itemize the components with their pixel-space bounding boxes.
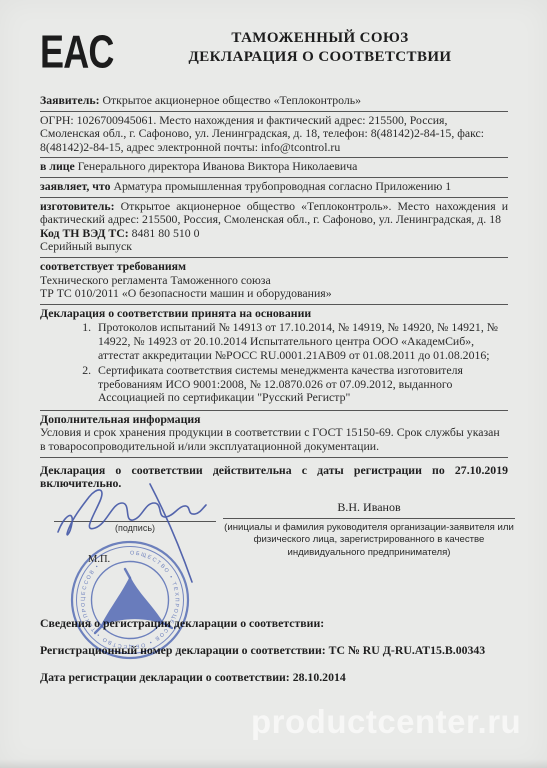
head-name-block: В.Н. Иванов (инициалы и фамилия руководи… bbox=[223, 500, 515, 560]
complies-label: соответствует требованиям bbox=[40, 259, 186, 273]
declares-label: заявляет, что bbox=[40, 179, 110, 193]
basis-list: Протоколов испытаний № 14913 от 17.10.20… bbox=[40, 321, 508, 405]
eac-logo-text: EAC bbox=[40, 28, 114, 74]
serial-release-text: Серийный выпуск bbox=[40, 240, 508, 254]
additional-info-label: Дополнительная информация bbox=[40, 412, 201, 426]
applicant-text: Открытое акционерное общество «Теплоконт… bbox=[102, 93, 361, 107]
applicant-row: Заявитель: Открытое акционерное общество… bbox=[40, 92, 508, 112]
registration-date-value: 28.10.2014 bbox=[293, 670, 346, 684]
registration-date-label: Дата регистрации декларации о соответств… bbox=[40, 670, 290, 684]
in-person-row: в лице Генерального директора Иванова Ви… bbox=[40, 158, 508, 178]
registration-number-value: ТС № RU Д-RU.АТ15.В.00343 bbox=[329, 643, 486, 657]
watermark-text: productcenter.ru bbox=[251, 703, 521, 741]
in-person-text: Генерального директора Иванова Виктора Н… bbox=[78, 159, 358, 173]
ogrn-address-row: ОГРН: 1026700945061. Место нахождения и … bbox=[40, 112, 508, 159]
declares-text: Арматура промышленная трубопроводная сог… bbox=[113, 179, 451, 193]
additional-info-text: Условия и срок хранения продукции в соот… bbox=[40, 426, 508, 453]
complies-row: соответствует требованиям Технического р… bbox=[40, 258, 508, 305]
basis-item: Сертификата соответствия системы менеджм… bbox=[94, 364, 508, 405]
stamp-mp-label: М.П. bbox=[88, 554, 110, 565]
declares-row: заявляет, что Арматура промышленная труб… bbox=[40, 178, 508, 198]
tnved-value: 8481 80 510 0 bbox=[132, 226, 200, 240]
tnved-label: Код ТН ВЭД ТС: bbox=[40, 226, 129, 240]
additional-info-row: Дополнительная информация Условия и срок… bbox=[40, 411, 508, 458]
head-name-caption: (инициалы и фамилия руководителя организ… bbox=[223, 522, 515, 560]
title-line-2: ДЕКЛАРАЦИЯ О СООТВЕТСТВИИ bbox=[132, 48, 508, 67]
title-line-1: ТАМОЖЕННЫЙ СОЮЗ bbox=[132, 29, 508, 48]
document-body: EAC ТАМОЖЕННЫЙ СОЮЗ ДЕКЛАРАЦИЯ О СООТВЕТ… bbox=[0, 0, 547, 685]
signature-area: (подпись) ОБЩЕСТВО • ТЕХПРОЦЕССОВ • ОБЩЕ… bbox=[40, 494, 508, 612]
basis-label: Декларация о соответствии принята на осн… bbox=[40, 306, 311, 320]
round-stamp: ОБЩЕСТВО • ТЕХПРОЦЕССОВ • ОБЩЕСТВО • ТЕХ… bbox=[68, 538, 192, 662]
complies-regulation-code: ТР ТС 010/2011 «О безопасности машин и о… bbox=[40, 287, 508, 301]
basis-item: Протоколов испытаний № 14913 от 17.10.20… bbox=[94, 321, 508, 362]
eac-logo: EAC bbox=[40, 25, 132, 77]
applicant-label: Заявитель: bbox=[40, 93, 100, 107]
registration-date-line: Дата регистрации декларации о соответств… bbox=[40, 670, 508, 685]
manufacturer-row: изготовитель: Открытое акционерное общес… bbox=[40, 198, 508, 258]
manufacturer-label: изготовитель: bbox=[40, 199, 115, 213]
ogrn-address-text: ОГРН: 1026700945061. Место нахождения и … bbox=[40, 114, 508, 155]
head-name: В.Н. Иванов bbox=[223, 500, 515, 519]
complies-regulation-name: Технического регламента Таможенного союз… bbox=[40, 274, 508, 288]
in-person-label: в лице bbox=[40, 159, 75, 173]
document-title: ТАМОЖЕННЫЙ СОЮЗ ДЕКЛАРАЦИЯ О СООТВЕТСТВИ… bbox=[132, 25, 508, 67]
document-header: EAC ТАМОЖЕННЫЙ СОЮЗ ДЕКЛАРАЦИЯ О СООТВЕТ… bbox=[40, 25, 508, 77]
basis-row: Декларация о соответствии принята на осн… bbox=[40, 305, 508, 411]
scanned-declaration-page: productcenter.ru EAC ТАМОЖЕННЫЙ СОЮЗ ДЕК… bbox=[0, 0, 547, 768]
